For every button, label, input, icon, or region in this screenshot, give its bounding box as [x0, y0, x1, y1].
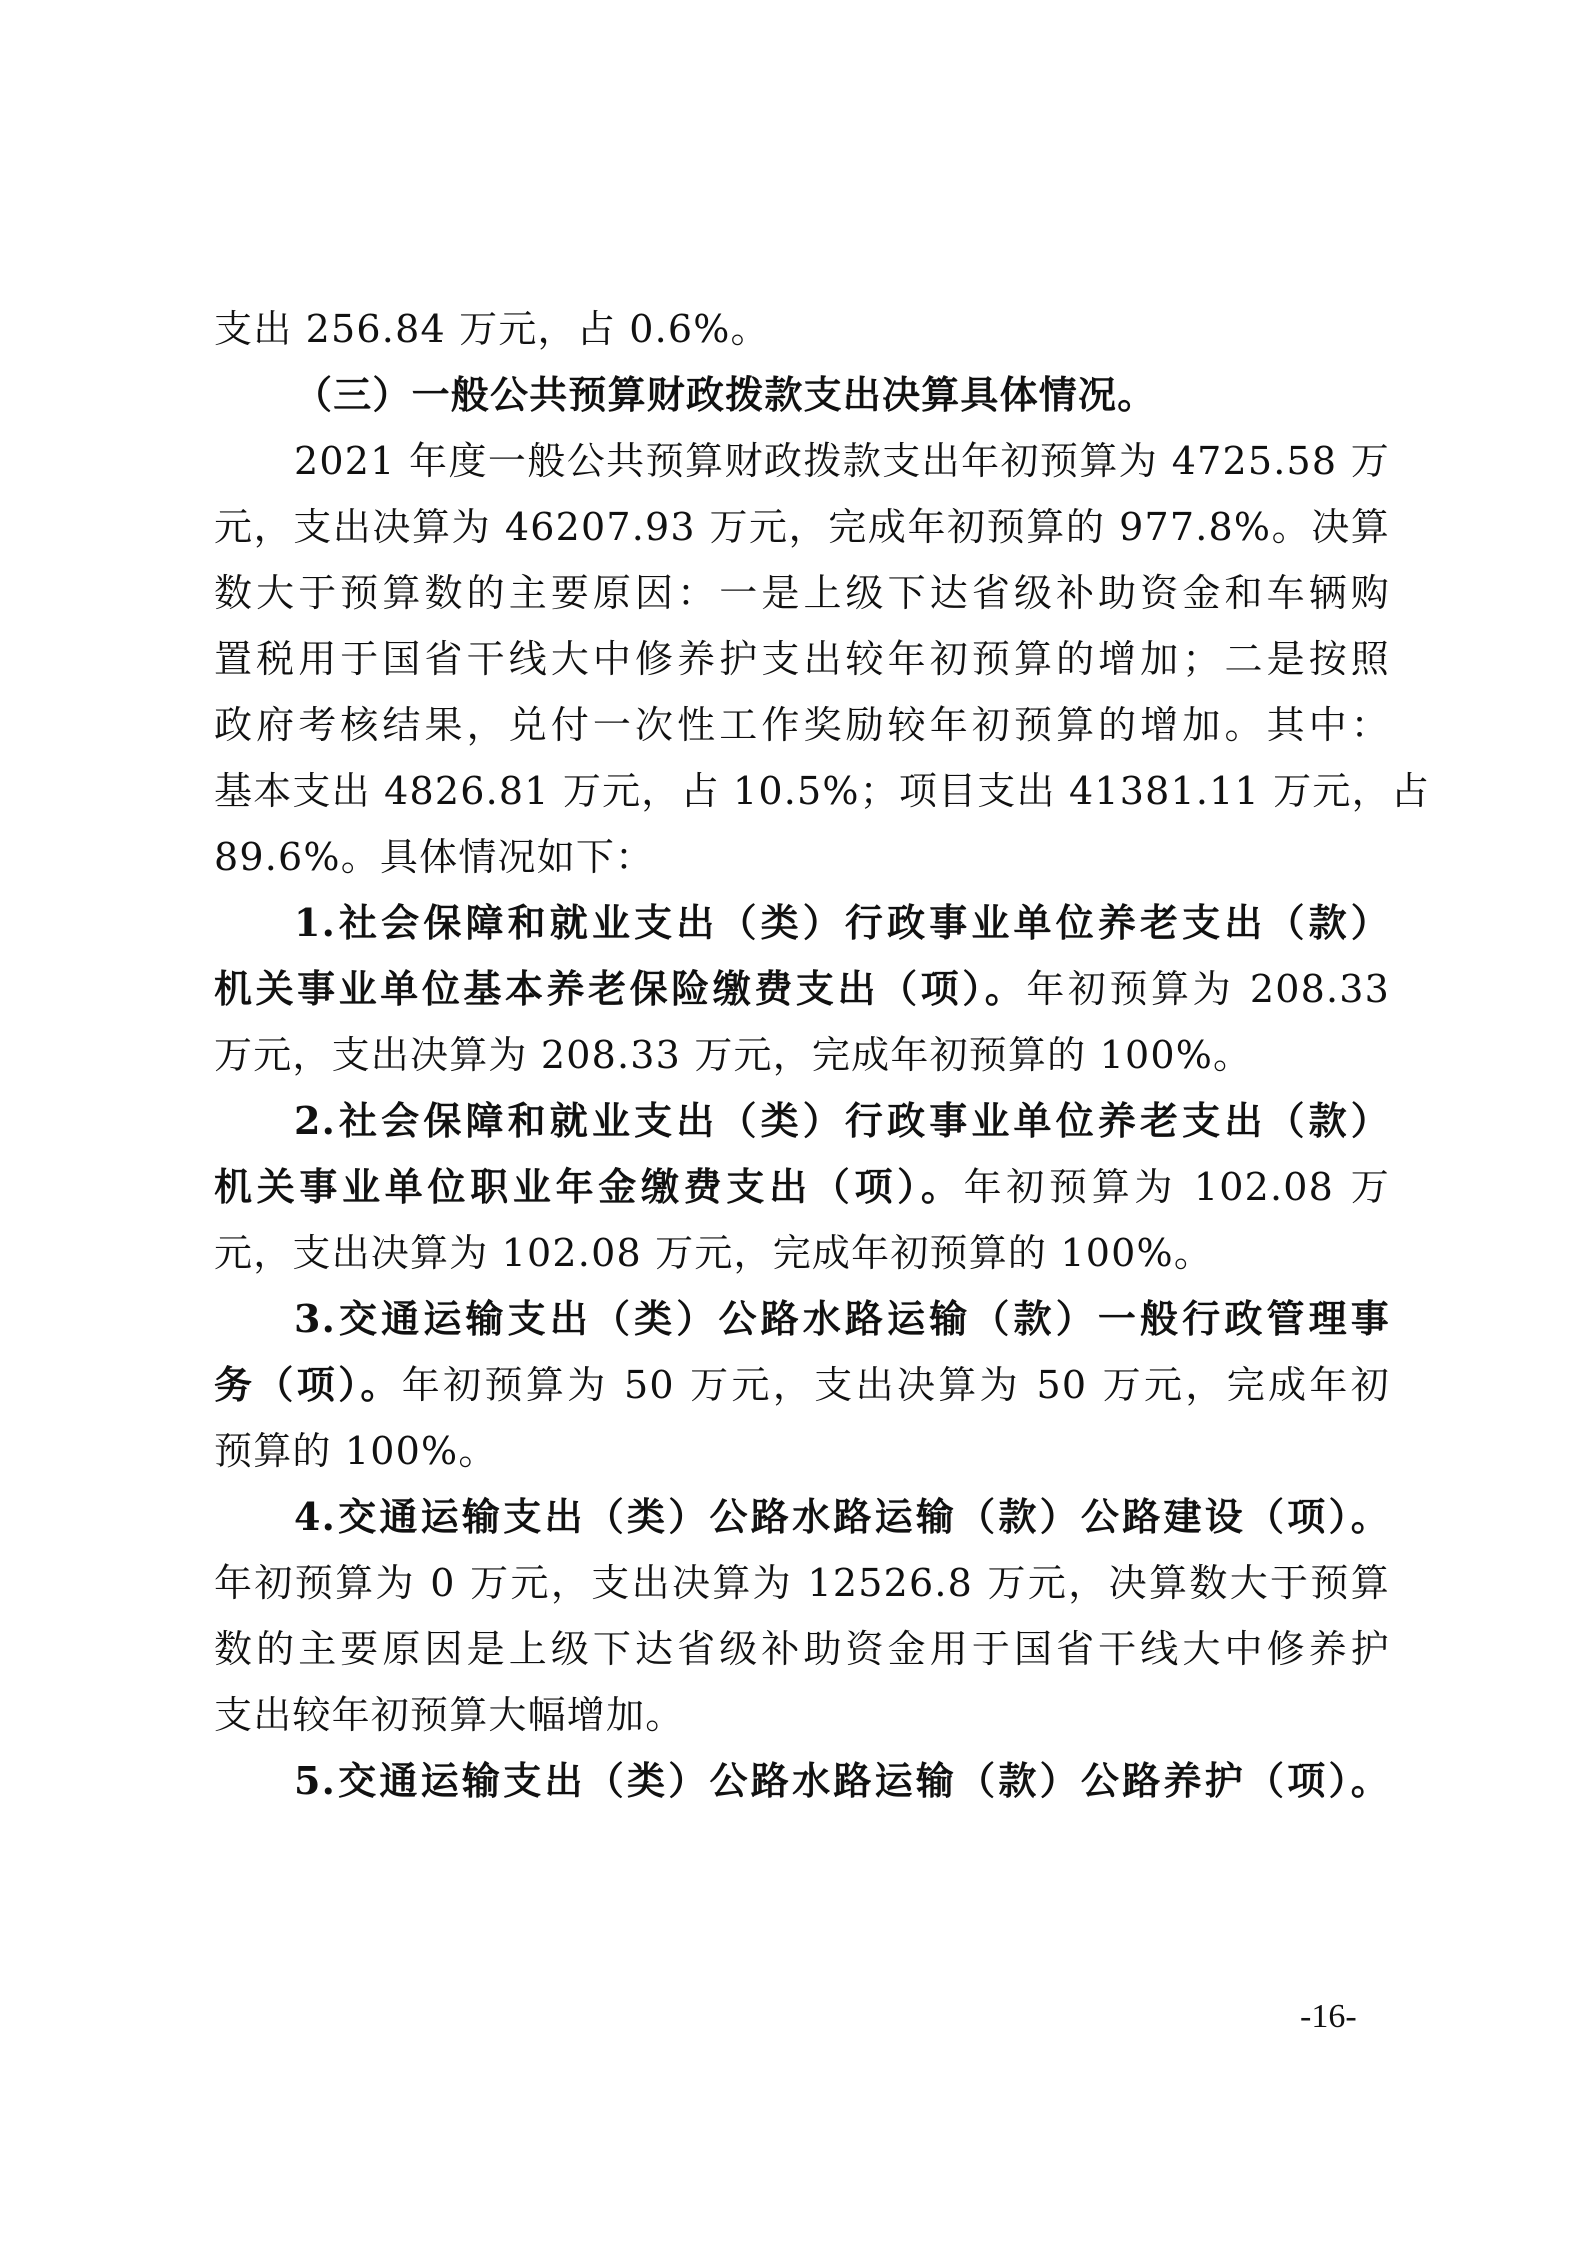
item-1-line: 机关事业单位基本养老保险缴费支出（项）。年初预算为 208.33	[214, 956, 1390, 1022]
item-2-heading-cont: 机关事业单位职业年金缴费支出（项）。	[214, 1164, 964, 1209]
item-1-heading: 1.社会保障和就业支出（类）行政事业单位养老支出（款）	[214, 890, 1390, 956]
item-4-heading: 4.交通运输支出（类）公路水路运输（款）公路建设（项）。	[214, 1484, 1390, 1550]
item-4-line: 支出较年初预算大幅增加。	[214, 1682, 1390, 1748]
item-2-heading: 2.社会保障和就业支出（类）行政事业单位养老支出（款）	[214, 1088, 1390, 1154]
item-2-text: 年初预算为 102.08 万	[964, 1165, 1390, 1209]
item-3-text: 年初预算为 50 万元，支出决算为 50 万元，完成年初	[402, 1363, 1390, 1407]
item-4-line: 数的主要原因是上级下达省级补助资金用于国省干线大中修养护	[214, 1616, 1390, 1682]
item-3-heading-cont: 务（项）。	[214, 1362, 402, 1407]
section-heading: （三）一般公共预算财政拨款支出决算具体情况。	[214, 362, 1390, 428]
item-1-line: 万元，支出决算为 208.33 万元，完成年初预算的 100%。	[214, 1022, 1390, 1088]
item-1-text: 年初预算为 208.33	[1026, 967, 1390, 1011]
paragraph-line: 置税用于国省干线大中修养护支出较年初预算的增加；二是按照	[214, 626, 1390, 692]
item-3-line: 预算的 100%。	[214, 1418, 1390, 1484]
item-5-heading: 5.交通运输支出（类）公路水路运输（款）公路养护（项）。	[214, 1748, 1390, 1814]
item-3-line: 务（项）。年初预算为 50 万元，支出决算为 50 万元，完成年初	[214, 1352, 1390, 1418]
item-3-heading: 3.交通运输支出（类）公路水路运输（款）一般行政管理事	[214, 1286, 1390, 1352]
paragraph-line: 政府考核结果，兑付一次性工作奖励较年初预算的增加。其中：	[214, 692, 1390, 758]
paragraph-line: 支出 256.84 万元，占 0.6%。	[214, 296, 1390, 362]
paragraph-line: 2021 年度一般公共预算财政拨款支出年初预算为 4725.58 万	[214, 428, 1390, 494]
paragraph-line: 元，支出决算为 46207.93 万元，完成年初预算的 977.8%。决算	[214, 494, 1390, 560]
item-4-line: 年初预算为 0 万元，支出决算为 12526.8 万元，决算数大于预算	[214, 1550, 1390, 1616]
paragraph-line: 基本支出 4826.81 万元，占 10.5%；项目支出 41381.11 万元…	[214, 758, 1390, 824]
item-2-line: 机关事业单位职业年金缴费支出（项）。年初预算为 102.08 万	[214, 1154, 1390, 1220]
paragraph-line: 89.6%。具体情况如下：	[214, 824, 1390, 890]
item-1-heading-cont: 机关事业单位基本养老保险缴费支出（项）。	[214, 966, 1026, 1011]
item-2-line: 元，支出决算为 102.08 万元，完成年初预算的 100%。	[214, 1220, 1390, 1286]
paragraph-line: 数大于预算数的主要原因：一是上级下达省级补助资金和车辆购	[214, 560, 1390, 626]
document-page: 支出 256.84 万元，占 0.6%。 （三）一般公共预算财政拨款支出决算具体…	[214, 296, 1390, 1814]
page-number: -16-	[1300, 1998, 1357, 2036]
